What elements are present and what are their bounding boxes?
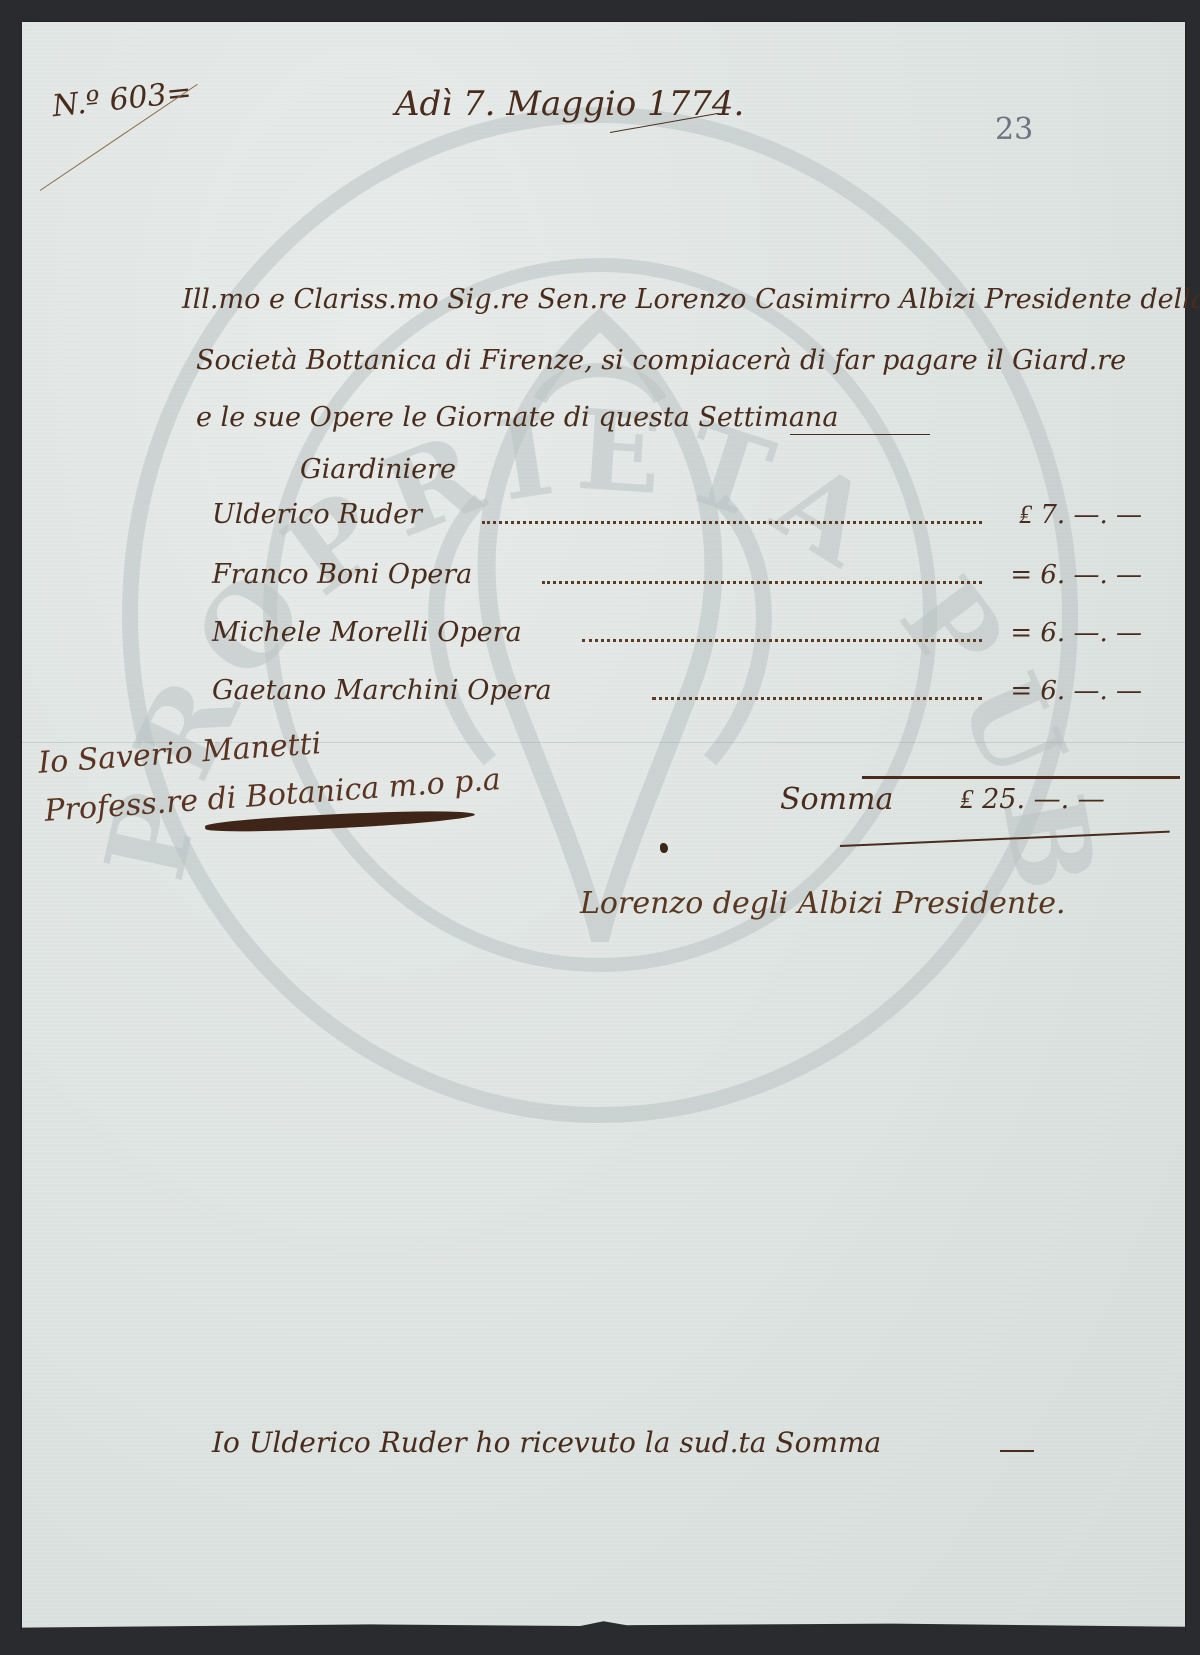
entry-amount: = 6. —. — (1010, 676, 1142, 706)
dot-leader (542, 581, 982, 584)
entry-name: Gaetano Marchini Opera (212, 675, 552, 706)
ink-dot (660, 843, 668, 853)
dot-leader (652, 697, 982, 700)
address-line-1: Ill.mo e Clariss.mo Sig.re Sen.re Lorenz… (182, 284, 1200, 315)
archive-page-number: 23 (995, 112, 1033, 147)
entry-name: Franco Boni Opera (212, 559, 472, 590)
payment-entry: Michele Morelli Opera = 6. —. — (212, 612, 1142, 652)
total-label: Somma (780, 782, 893, 817)
total-top-rule (862, 776, 1180, 779)
address-end-rule (790, 434, 930, 435)
address-line-2: Società Bottanica di Firenze, si compiac… (196, 345, 1126, 376)
manuscript-page (22, 22, 1185, 1632)
payment-entry: Gaetano Marchini Opera = 6. —. — (212, 670, 1142, 710)
president-signature: Lorenzo degli Albizi Presidente. (580, 886, 1066, 921)
address-line-3: e le sue Opere le Giornate di questa Set… (196, 402, 838, 433)
entry-name: Michele Morelli Opera (212, 617, 522, 648)
dot-leader (582, 639, 982, 642)
receipt-end-flourish (1000, 1450, 1034, 1452)
dot-leader (482, 521, 982, 524)
entry-amount: = 6. —. — (1010, 560, 1142, 590)
payment-entry: Ulderico Ruder ₤ 7. —. — (212, 494, 1142, 534)
entry-amount: ₤ 7. —. — (1019, 500, 1142, 530)
entry-name: Ulderico Ruder (212, 499, 422, 530)
total-amount: ₤ 25. —. — (960, 784, 1105, 815)
receipt-line: Io Ulderico Ruder ho ricevuto la sud.ta … (212, 1426, 881, 1459)
entry-amount: = 6. —. — (1010, 618, 1142, 648)
payment-entry: Franco Boni Opera = 6. —. — (212, 554, 1142, 594)
section-heading: Giardiniere (300, 454, 456, 485)
